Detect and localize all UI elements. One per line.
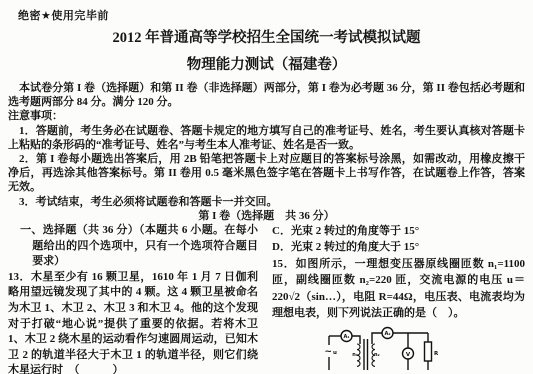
two-column-body: 一、选择题（共 36 分）（本题共 6 小题。在每小题给出的四个选项中，只有一个…	[8, 223, 525, 374]
note-item-2: 2．第 I 卷每小题选出答案后，用 2B 铅笔把答题卡上对应题目的答案标号涂黑，…	[8, 152, 525, 195]
ammeter1-label: A₁	[343, 334, 349, 340]
primary-winding-label: n₁	[352, 352, 358, 358]
transformer-circuit-diagram: ~ u A₁ n₁ n₂	[324, 324, 525, 370]
resistor-label: R	[434, 351, 439, 357]
voltmeter-label: V	[406, 352, 411, 358]
note-item-3: 3．考试结束，考生必须将试题卷和答题卡一并交回。	[8, 195, 525, 209]
left-column: 一、选择题（共 36 分）（本题共 6 小题。在每小题给出的四个选项中，只有一个…	[8, 223, 258, 374]
option-d: D．光束 2 转过的角度大于 15°	[272, 239, 525, 255]
circuit-svg: ~ u A₁ n₁ n₂	[324, 324, 442, 370]
option-c: C．光束 2 转过的角度等于 15°	[272, 223, 525, 239]
right-column: C．光束 2 转过的角度等于 15° D．光束 2 转过的角度大于 15° 15…	[272, 223, 525, 370]
source-label: u	[333, 350, 337, 356]
page-title: 2012 年普通高等学校招生全国统一考试模拟试题	[0, 26, 533, 47]
note-item-1: 1．答题前，考生务必在试题卷、答题卡规定的地方填写自己的准考证号、姓名，考生要认…	[8, 124, 525, 152]
question-13: 13．木星至少有 16 颗卫星，1610 年 1 月 7 日伽利略用望远镜发现了…	[8, 270, 258, 374]
exam-paper-page: 绝密★使用完毕前 2012 年普通高等学校招生全国统一考试模拟试题 物理能力测试…	[0, 0, 533, 374]
resistor-icon	[425, 342, 432, 361]
security-marker: 绝密★使用完毕前	[18, 7, 109, 23]
question-15: 15．如图所示，一理想变压器原线圈匝数 n₁=1100 匝，副线圈匝数 n₂=2…	[272, 256, 525, 322]
ac-source-icon: ~	[325, 347, 333, 357]
intro-paragraph: 本试卷分第 I 卷（选择题）和第 II 卷（非选择题）两部分，第 I 卷为必考题…	[8, 81, 525, 109]
section-heading: 第 I 卷（选择题 共 36 分）	[8, 209, 525, 223]
preamble: 本试卷分第 I 卷（选择题）和第 II 卷（非选择题）两部分，第 I 卷为必考题…	[8, 81, 525, 223]
notes-heading: 注意事项：	[8, 109, 525, 123]
ammeter2-label: A₂	[384, 331, 390, 337]
secondary-winding-label: n₂	[374, 352, 380, 358]
page-subtitle: 物理能力测试（福建卷）	[0, 53, 533, 74]
choice-section-title: 一、选择题（共 36 分）（本题共 6 小题。在每小题给出的四个选项中，只有一个…	[8, 223, 258, 270]
